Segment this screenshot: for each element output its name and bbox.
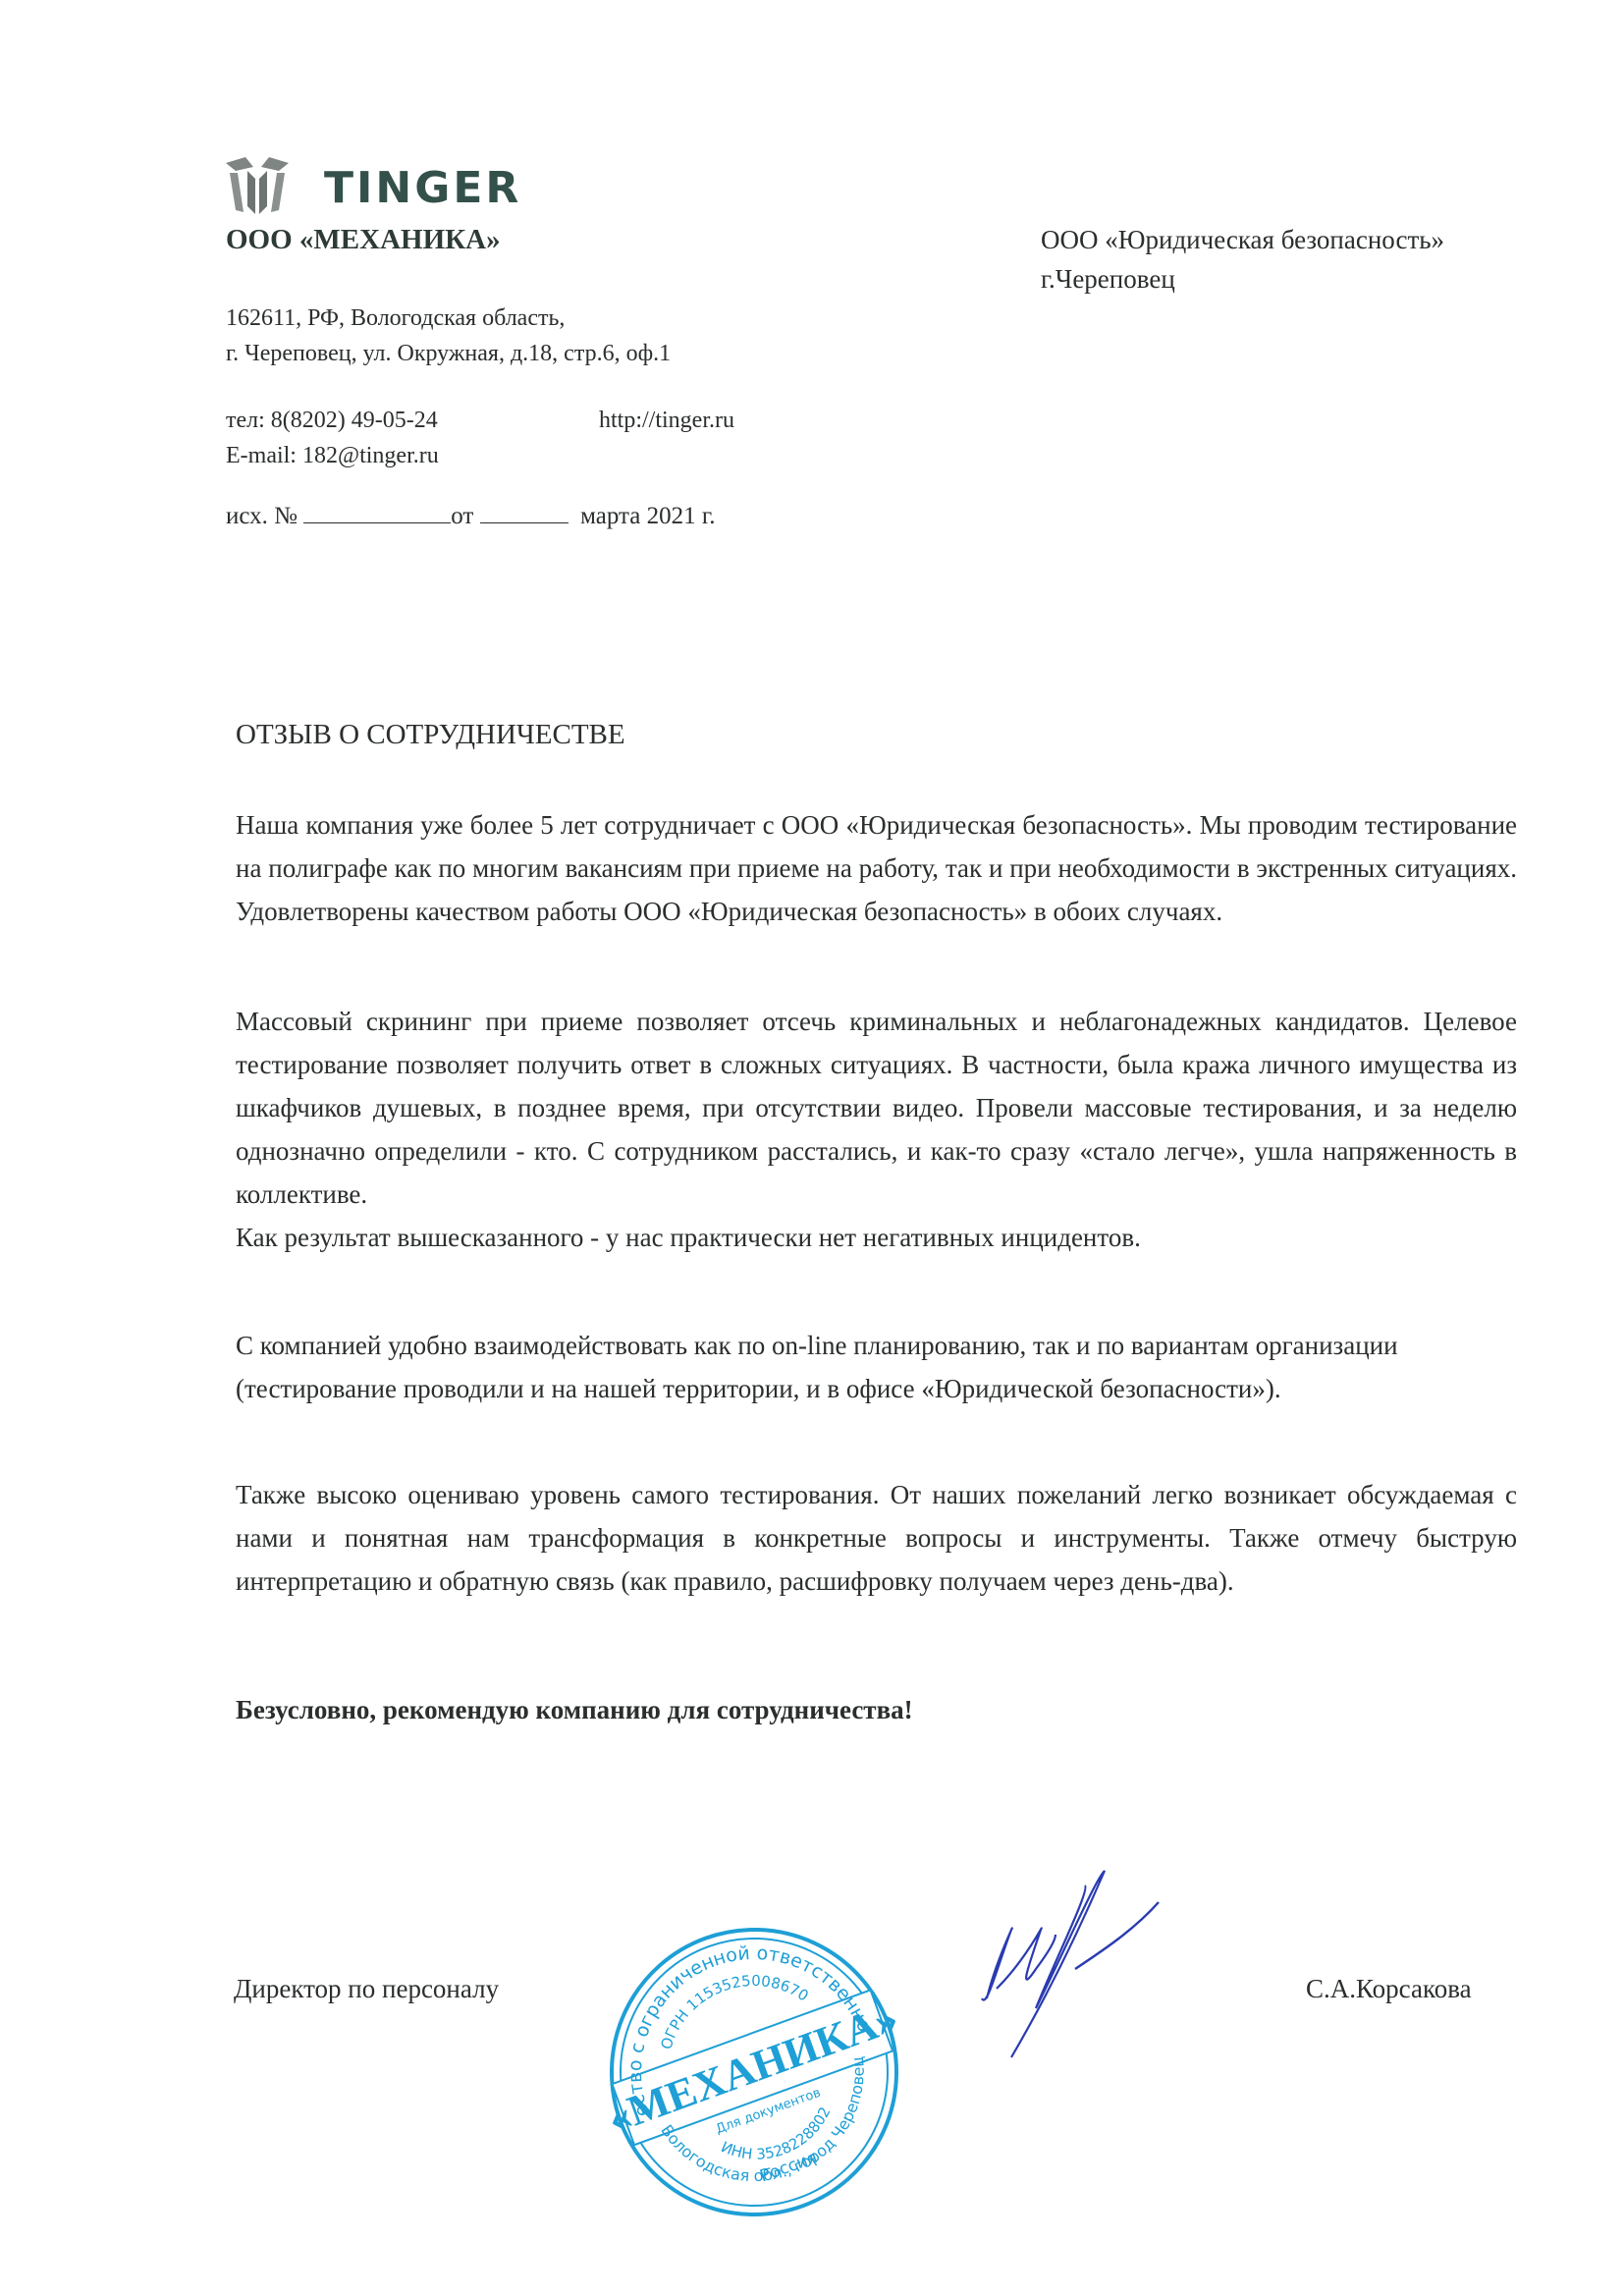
outgoing-reference: исх. № от марта 2021 г. xyxy=(226,501,716,530)
website-link[interactable]: http://tinger.ru xyxy=(599,403,734,438)
ref-number-label: исх. № xyxy=(226,503,298,529)
signer-position: Директор по персоналу xyxy=(234,1974,499,2004)
sender-address: 162611, РФ, Вологодская область, г. Чере… xyxy=(226,301,671,371)
address-line-2: г. Череповец, ул. Окружная, д.18, стр.6,… xyxy=(226,336,671,371)
closing-recommendation: Безусловно, рекомендую компанию для сотр… xyxy=(236,1695,913,1725)
ref-from-label: от xyxy=(451,503,473,529)
tinger-logo: TINGER xyxy=(226,157,550,216)
letter-title: ОТЗЫВ О СОТРУДНИЧЕСТВЕ xyxy=(236,719,625,751)
address-line-1: 162611, РФ, Вологодская область, xyxy=(226,301,671,336)
paragraph-1: Наша компания уже более 5 лет сотруднича… xyxy=(236,803,1517,933)
email[interactable]: E-mail: 182@tinger.ru xyxy=(226,438,776,473)
handwritten-signature xyxy=(957,1861,1193,2077)
tinger-logo-mark-icon xyxy=(226,157,289,214)
paragraph-3: С компанией удобно взаимодействовать как… xyxy=(236,1324,1517,1410)
paragraph-text: Также высоко оцениваю уровень самого тес… xyxy=(236,1473,1517,1603)
signature-scribble-icon xyxy=(957,1861,1193,2077)
sender-company-name: ООО «МЕХАНИКА» xyxy=(226,224,501,256)
sender-contacts: тел: 8(8202) 49-05-24 http://tinger.ru E… xyxy=(226,403,776,473)
paragraph-4: Также высоко оцениваю уровень самого тес… xyxy=(236,1473,1517,1603)
ref-number-blank xyxy=(303,501,451,523)
paragraph-text: Как результат вышесказанного - у нас пра… xyxy=(236,1216,1517,1259)
paragraph-text: Наша компания уже более 5 лет сотруднича… xyxy=(236,803,1517,933)
paragraph-text: С компанией удобно взаимодействовать как… xyxy=(236,1324,1517,1410)
recipient-name: ООО «Юридическая безопасность» xyxy=(1041,220,1444,259)
company-stamp: Общество с ограниченной ответственностью… xyxy=(607,1925,901,2219)
ref-date: марта 2021 г. xyxy=(580,503,715,529)
paragraph-text: Массовый скрининг при приеме позволяет о… xyxy=(236,1000,1517,1216)
paragraph-2: Массовый скрининг при приеме позволяет о… xyxy=(236,1000,1517,1259)
recipient: ООО «Юридическая безопасность» г.Черепов… xyxy=(1041,220,1444,299)
recipient-city: г.Череповец xyxy=(1041,259,1444,299)
signer-name: С.А.Корсакова xyxy=(1306,1974,1472,2004)
ref-day-blank xyxy=(480,501,568,523)
stamp-seal-icon: Общество с ограниченной ответственностью… xyxy=(607,1925,901,2219)
logo-text: TINGER xyxy=(324,163,521,213)
